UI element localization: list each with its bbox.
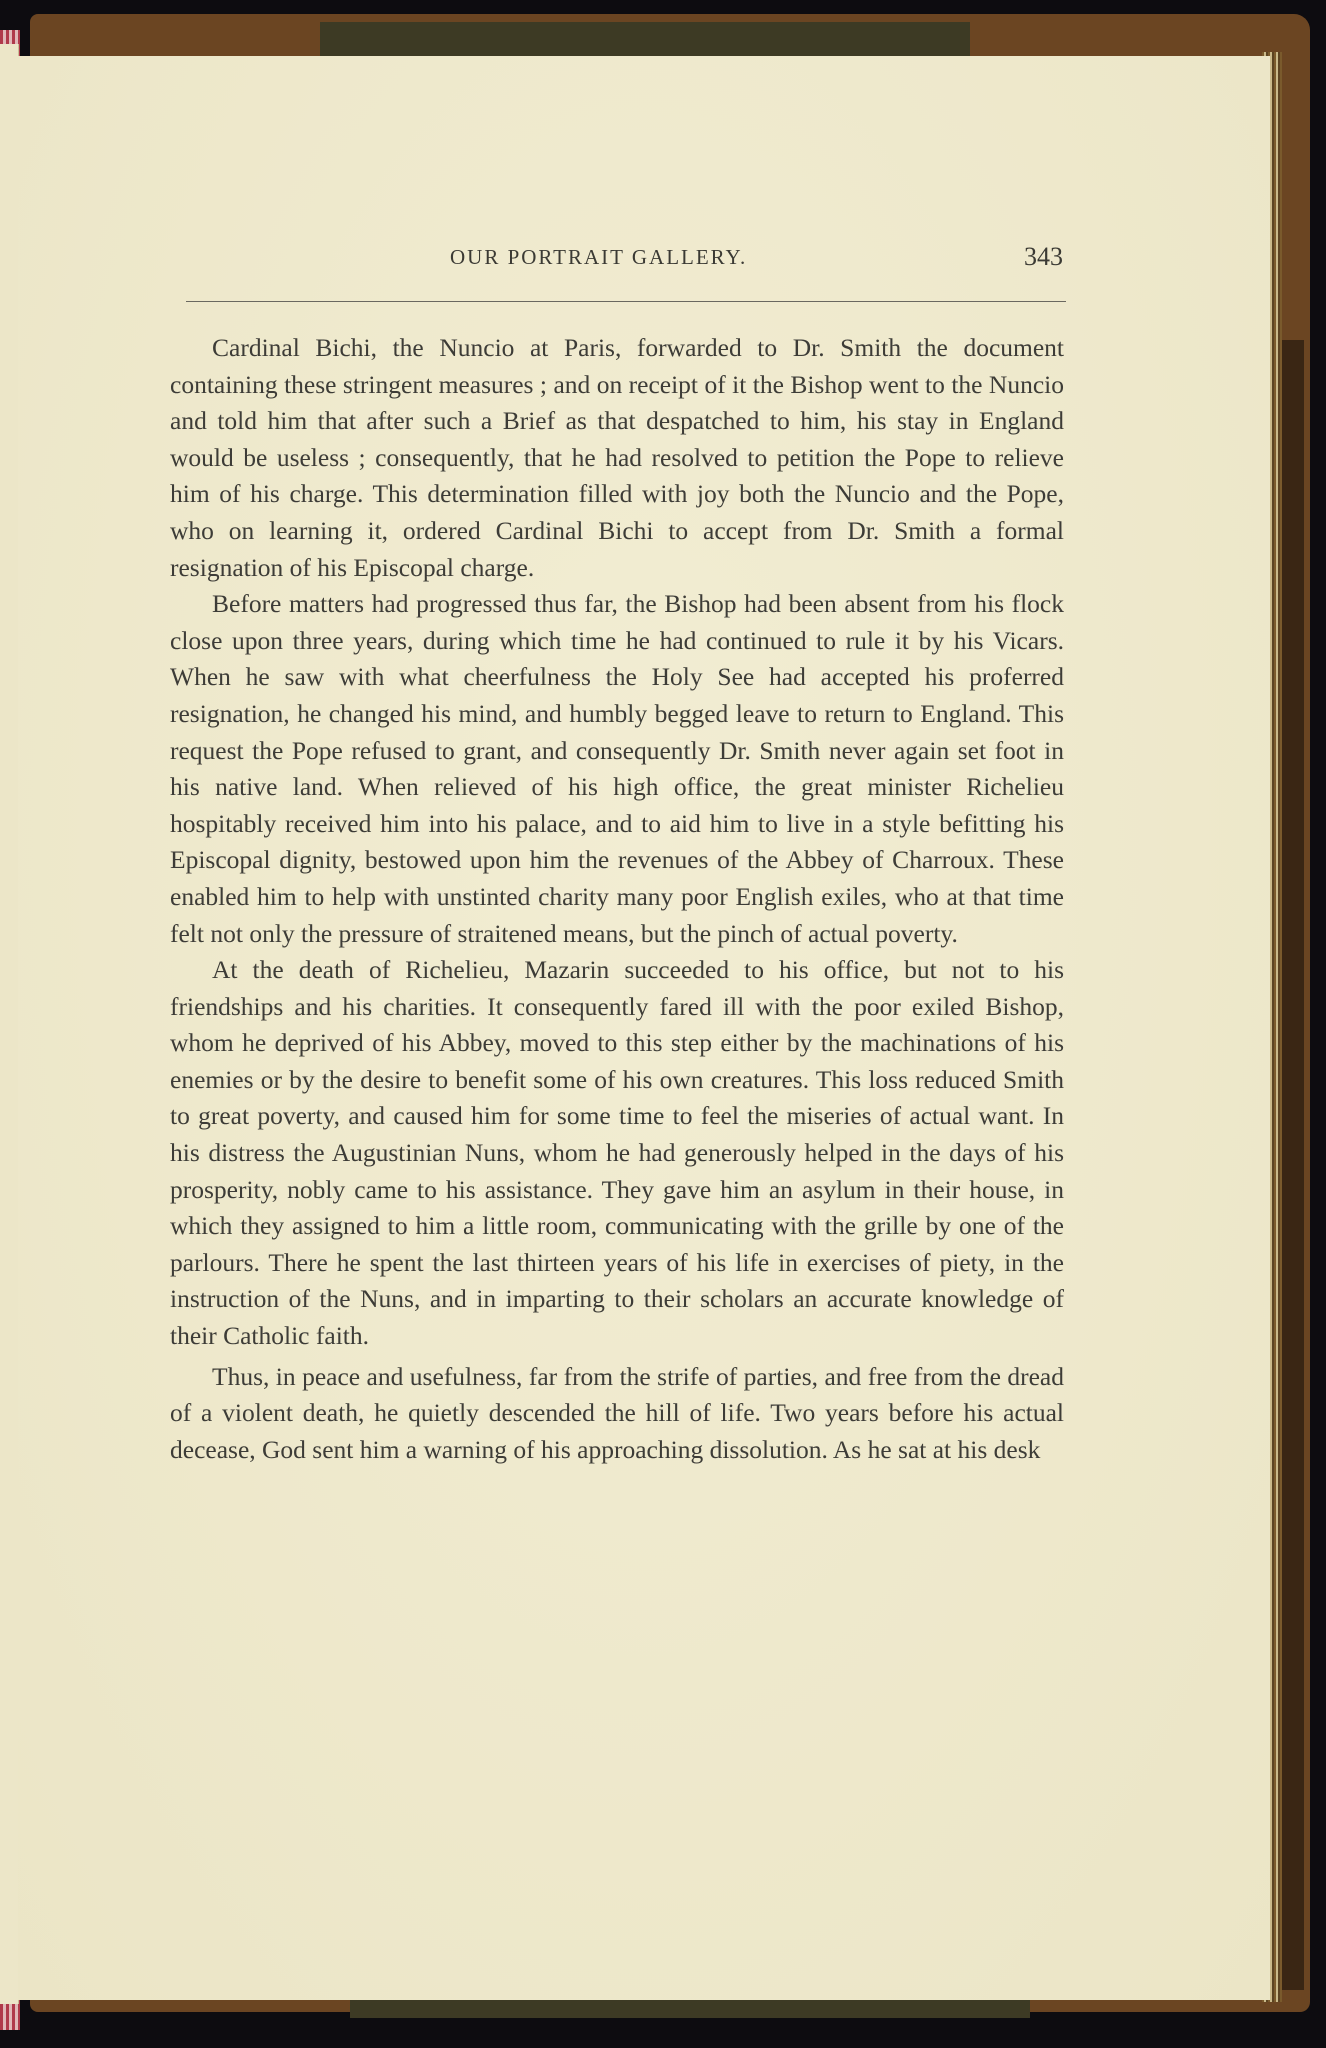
cover-right-edge: [1282, 340, 1304, 1990]
paragraph-1: Cardinal Bichi, the Nuncio at Paris, for…: [170, 330, 1064, 586]
running-head: OUR PORTRAIT GALLERY. 343: [18, 245, 1270, 285]
page-number: 343: [1024, 242, 1063, 272]
running-title: OUR PORTRAIT GALLERY.: [450, 245, 747, 270]
cover-cloth-bottom: [350, 1998, 1030, 2018]
red-page-edge-bottom: [0, 2000, 20, 2030]
header-rule: [186, 301, 1066, 302]
previous-page-sliver: [0, 44, 19, 2004]
paragraph-3: At the death of Richelieu, Mazarin succe…: [170, 952, 1064, 1355]
scanned-book-scene: OUR PORTRAIT GALLERY. 343 Cardinal Bichi…: [0, 0, 1326, 2048]
body-text: Cardinal Bichi, the Nuncio at Paris, for…: [170, 330, 1064, 1468]
paragraph-2: Before matters had progressed thus far, …: [170, 586, 1064, 952]
paragraph-4: Thus, in peace and usefulness, far from …: [170, 1359, 1064, 1469]
